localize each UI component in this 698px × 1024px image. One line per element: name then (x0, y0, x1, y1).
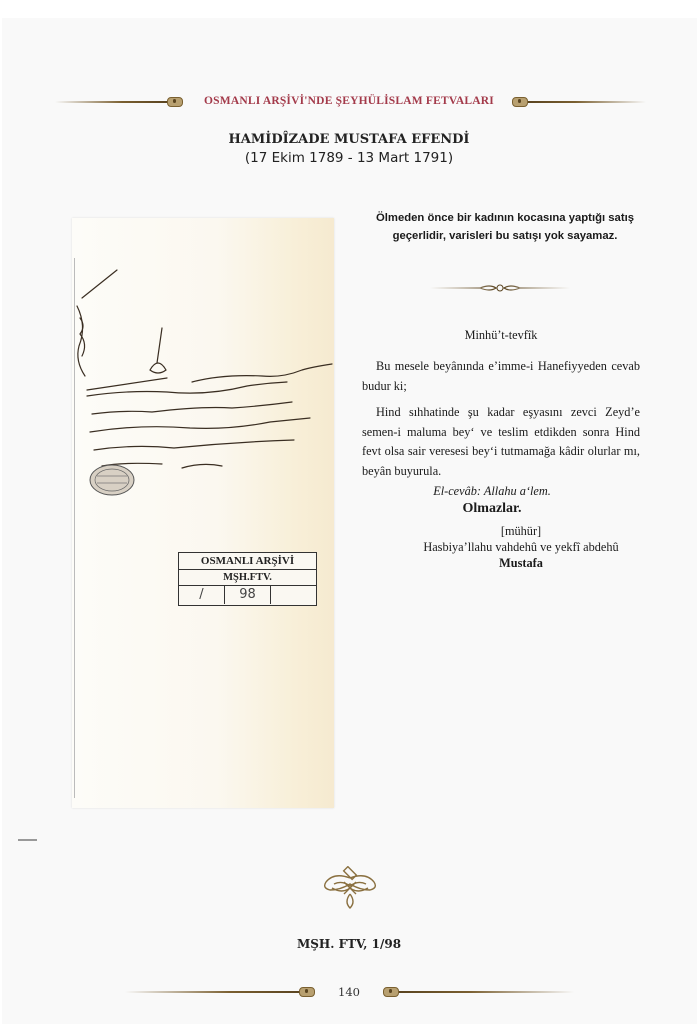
stamp-cell-2: 98 (225, 586, 271, 604)
manuscript-calligraphy (72, 218, 334, 518)
header-finial-right (512, 97, 528, 107)
archive-reference: MŞH. FTV, 1/98 (0, 937, 698, 951)
seal-note: [mühür] (402, 524, 640, 539)
answer-intro: El-cevâb: Allahu a‘lem. (362, 484, 622, 499)
divider-ornament-icon (430, 282, 570, 294)
entry-dates: (17 Ekim 1789 - 13 Mart 1791) (0, 150, 698, 166)
signature-formula: Hasbiya’llahu vahdehû ve yekfî abdehû (402, 540, 640, 555)
header-rule-right (528, 101, 646, 103)
archive-stamp: OSMANLI ARŞİVİ MŞH.FTV. / 98 (178, 552, 317, 606)
opening-formula: Minhü’t-tevfîk (362, 328, 640, 343)
stamp-archive-name: OSMANLI ARŞİVİ (179, 553, 316, 570)
signature-name: Mustafa (402, 556, 640, 571)
answer: Olmazlar. (362, 501, 622, 517)
fatwa-summary: Ölmeden önce bir kadının kocasına yaptığ… (358, 209, 652, 245)
stamp-cell-3 (271, 586, 316, 604)
paragraph-question: Hind sıhhatinde şu kadar eşyasını zevci … (362, 403, 640, 481)
page-number: 140 (0, 985, 698, 999)
manuscript-scan (72, 218, 334, 808)
footer-rule-right (399, 991, 574, 993)
paragraph-question-intro: Bu mesele beyânında e’imme-i Hanefiyyede… (362, 357, 640, 396)
margin-mark (18, 839, 37, 841)
stamp-cell-1: / (179, 586, 225, 604)
stamp-collection: MŞH.FTV. (179, 570, 316, 586)
entry-title: HAMİDÎZADE MUSTAFA EFENDİ (0, 132, 698, 147)
knot-ornament-icon (320, 866, 380, 912)
footer-finial-right (383, 987, 399, 997)
